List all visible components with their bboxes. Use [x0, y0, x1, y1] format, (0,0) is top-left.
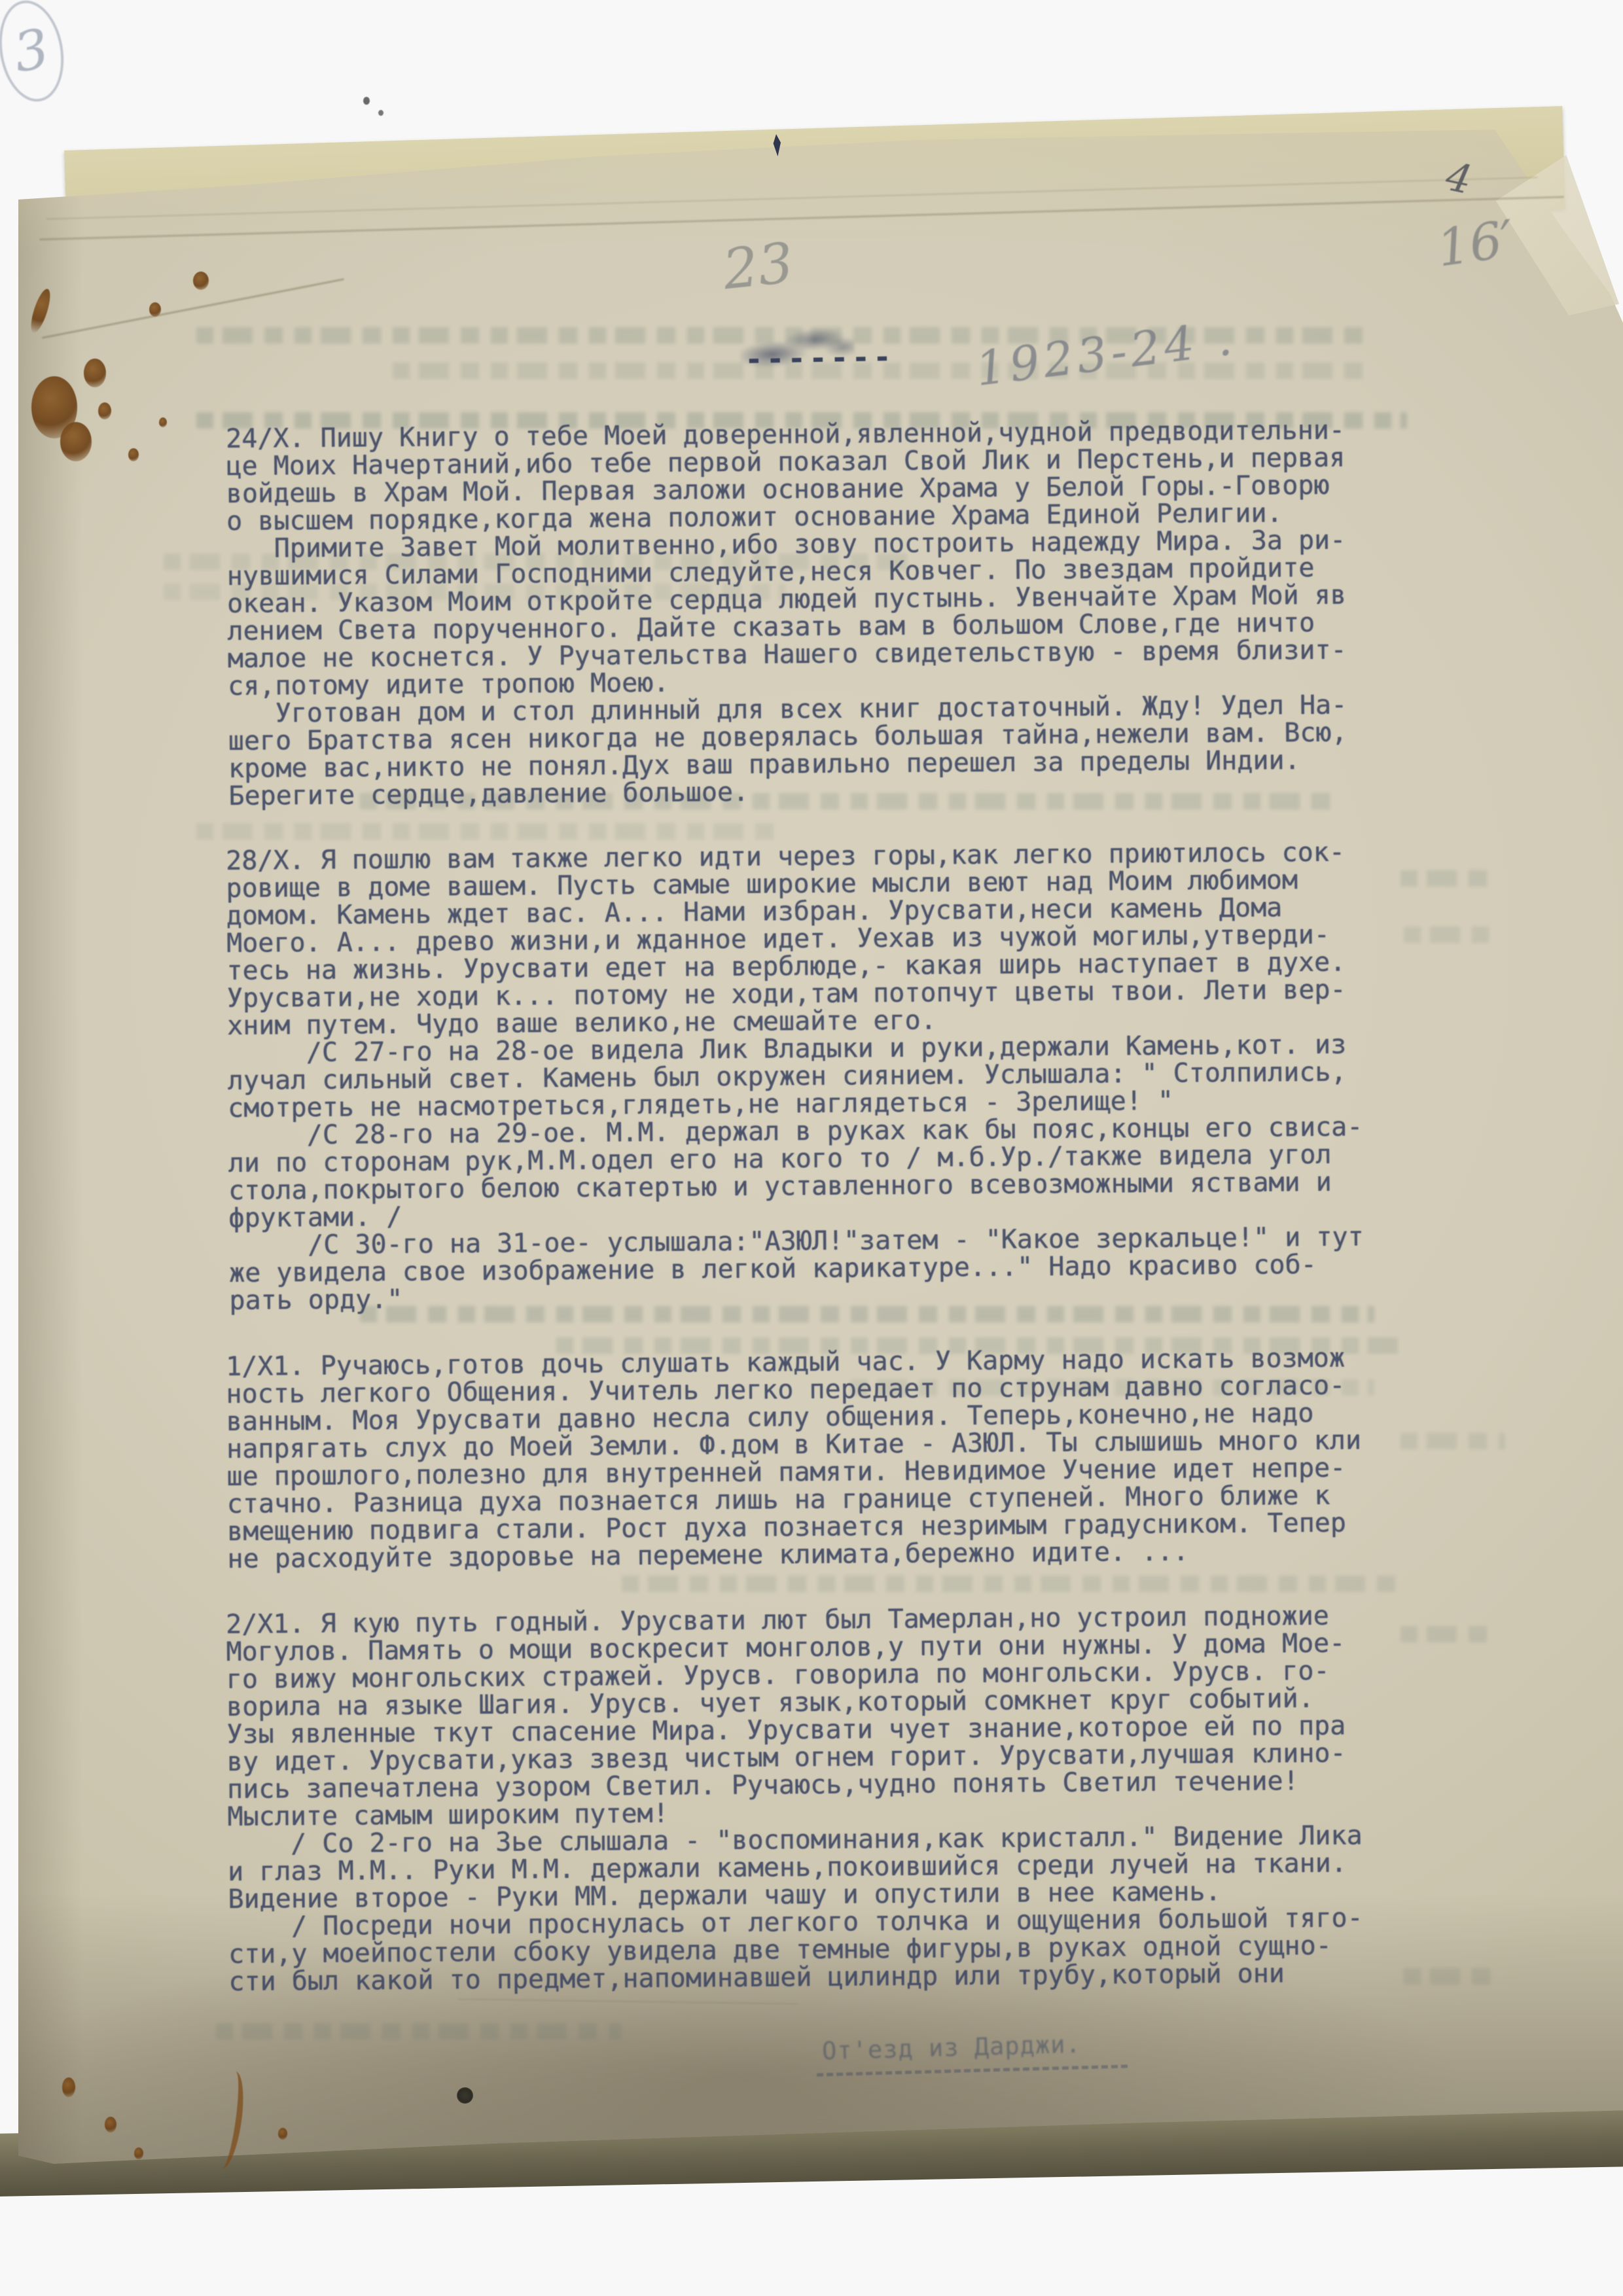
- rust-stain: [105, 2117, 116, 2132]
- rust-stain: [62, 2077, 75, 2097]
- diary-entry-2-x1: 2/X1. Я кую путь годный. Урусвати лют бы…: [226, 1601, 1459, 1996]
- rust-stain: [60, 422, 92, 461]
- rust-stain: [278, 2128, 287, 2140]
- dust-speck: [363, 97, 370, 105]
- pencil-circled-number-text: 3: [9, 18, 54, 85]
- rust-stain: [134, 2147, 143, 2159]
- ink-bleed-through: [622, 1576, 1407, 1592]
- diary-entry-24-x: 24/X. Пишу Книгу о тебе Моей доверенной,…: [226, 415, 1459, 810]
- rust-stain: [128, 448, 139, 461]
- diary-entry-28-x: 28/X. Я пошлю вам также легко идти через…: [226, 838, 1460, 1315]
- pencil-page-number: 23: [720, 231, 796, 302]
- ink-bleed-through: [196, 823, 785, 839]
- rust-stain: [159, 417, 167, 427]
- ink-bleed-through: [216, 2023, 622, 2040]
- pencil-corner-number: 16′: [1433, 209, 1517, 278]
- rust-stain: [84, 359, 106, 387]
- dust-speck: [378, 110, 383, 116]
- ink-dot: [457, 2087, 473, 2104]
- rust-stain: [149, 302, 161, 317]
- rust-stain: [193, 272, 209, 290]
- diary-entry-1-x1: 1/X1. Ручаюсь,готов дочь слушать каждый …: [226, 1343, 1458, 1573]
- rust-stain: [98, 402, 111, 419]
- typed-divider-dashes: -------: [745, 339, 895, 377]
- pencil-circled-number: 3: [0, 0, 71, 107]
